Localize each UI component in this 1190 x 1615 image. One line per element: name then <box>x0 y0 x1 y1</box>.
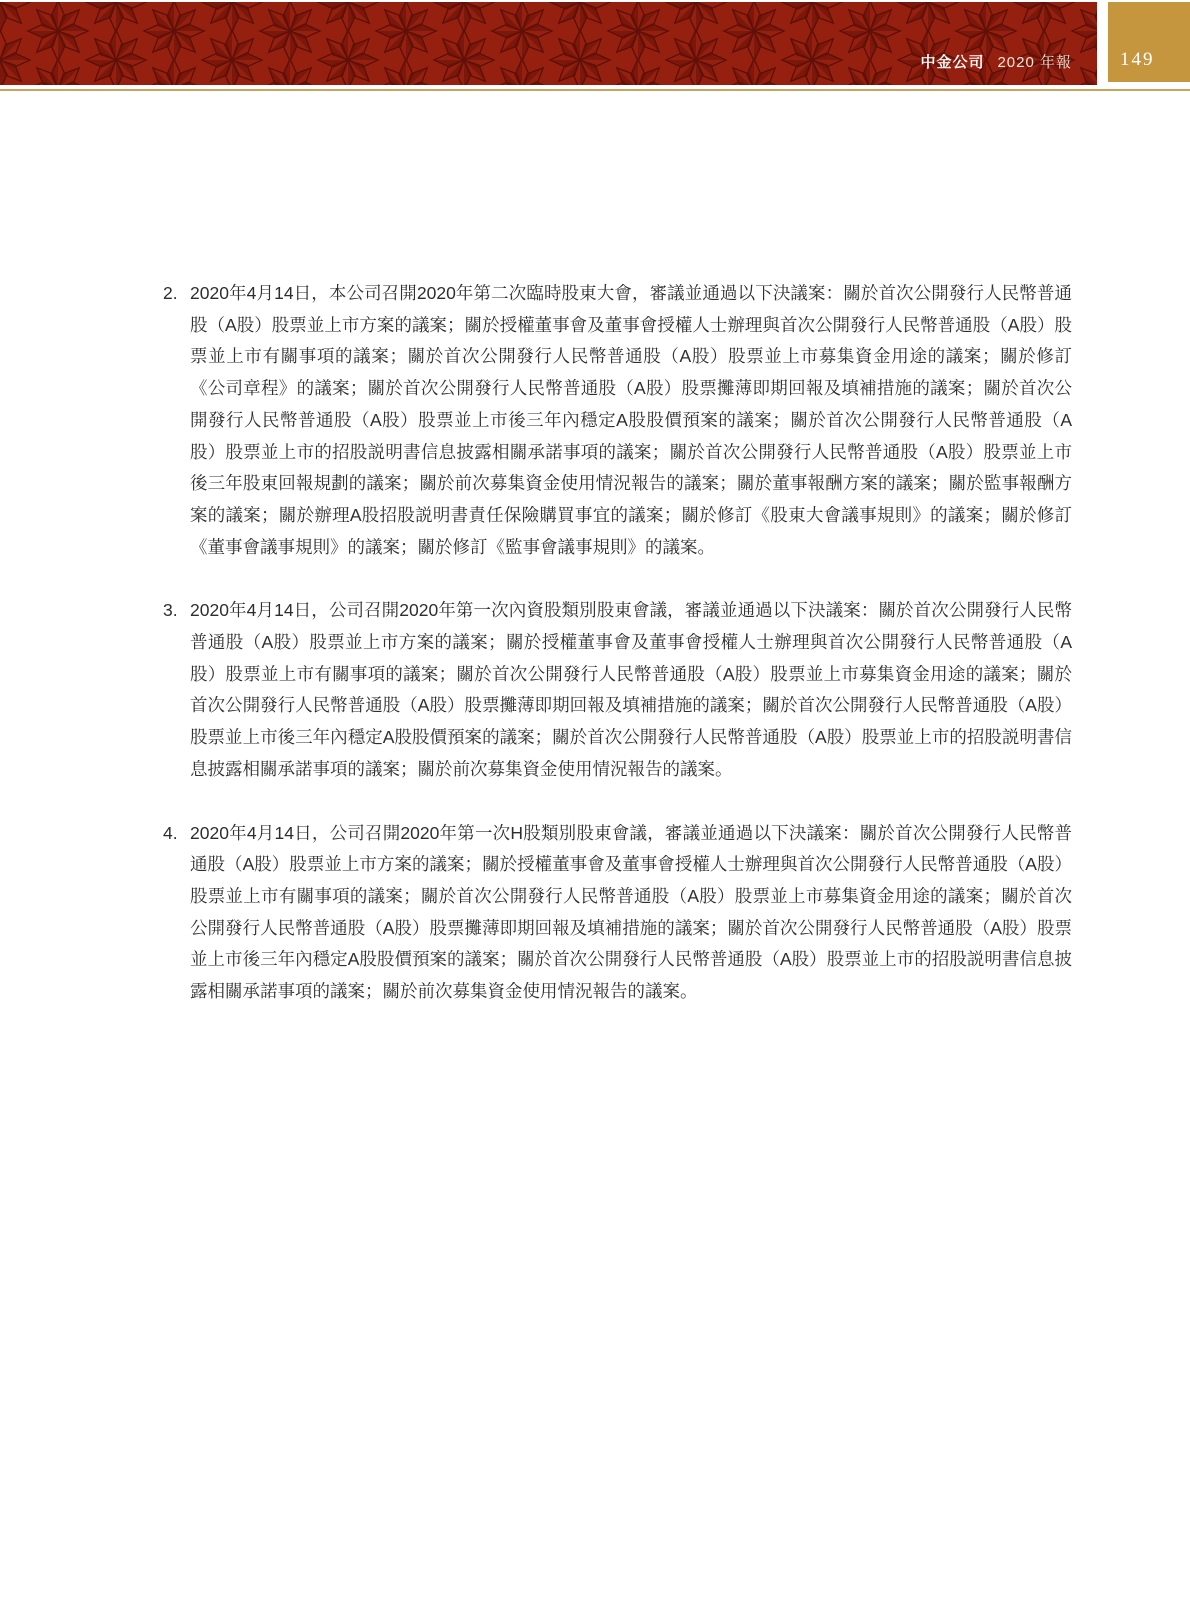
content-area: 2. 2020年4月14日，本公司召開2020年第二次臨時股東大會，審議並通過以… <box>163 278 1072 1040</box>
company-name: 中金公司 <box>920 55 984 70</box>
item-number: 3. <box>163 595 190 785</box>
report-page: 中金公司 2020 年報 149 2. 2020年4月14日，本公司召開2020… <box>0 0 1190 1615</box>
list-item: 2. 2020年4月14日，本公司召開2020年第二次臨時股東大會，審議並通過以… <box>163 278 1072 563</box>
page-number-box: 149 <box>1108 2 1190 82</box>
item-number: 2. <box>163 278 190 563</box>
report-title: 2020 年報 <box>997 55 1072 70</box>
list-item: 4. 2020年4月14日，公司召開2020年第一次H股類別股東會議，審議並通過… <box>163 818 1072 1008</box>
list-item: 3. 2020年4月14日，公司召開2020年第一次內資股類別股東會議，審議並通… <box>163 595 1072 785</box>
item-text: 2020年4月14日，公司召開2020年第一次內資股類別股東會議，審議並通過以下… <box>190 595 1072 785</box>
item-number: 4. <box>163 818 190 1008</box>
gold-rule <box>0 89 1190 91</box>
item-text: 2020年4月14日，本公司召開2020年第二次臨時股東大會，審議並通過以下決議… <box>190 278 1072 563</box>
page-number: 149 <box>1120 50 1155 69</box>
header-brand: 中金公司 2020 年報 <box>0 2 1097 85</box>
item-text: 2020年4月14日，公司召開2020年第一次H股類別股東會議，審議並通過以下決… <box>190 818 1072 1008</box>
